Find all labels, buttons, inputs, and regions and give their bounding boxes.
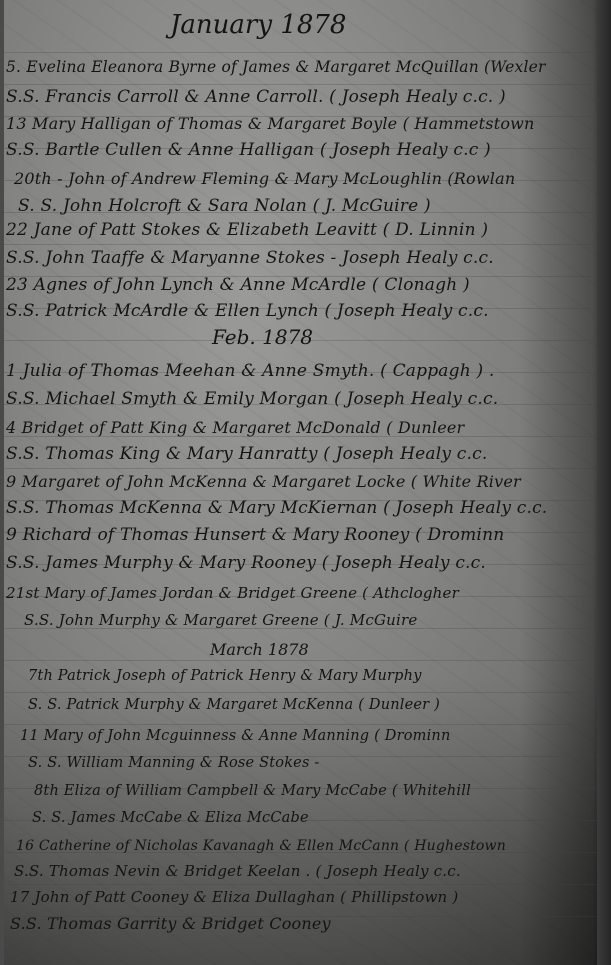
entry-line: S. S. James McCabe & Eliza McCabe — [32, 810, 309, 826]
ruled-line — [0, 724, 597, 725]
entry-line: S.S. John Taaffe & Maryanne Stokes - Jos… — [6, 248, 494, 268]
ruled-line — [0, 52, 597, 53]
entry-line: S.S. Thomas King & Mary Hanratty ( Josep… — [6, 444, 487, 464]
ruled-line — [0, 692, 597, 693]
entry-line: 21st Mary of James Jordan & Bridget Gree… — [6, 584, 459, 602]
entry-line: 17 John of Patt Cooney & Eliza Dullaghan… — [10, 888, 458, 906]
section-heading-february: Feb. 1878 — [212, 325, 313, 349]
entry-line: 16 Catherine of Nicholas Kavanagh & Elle… — [16, 838, 506, 854]
entry-line: 9 Margaret of John McKenna & Margaret Lo… — [6, 472, 521, 491]
entry-line: S. S. William Manning & Rose Stokes - — [28, 755, 320, 771]
entry-line: S. S. John Holcroft & Sara Nolan ( J. Mc… — [18, 196, 431, 216]
entry-line: S.S. John Murphy & Margaret Greene ( J. … — [24, 611, 417, 629]
entry-line: 13 Mary Halligan of Thomas & Margaret Bo… — [6, 114, 535, 133]
entry-line: S.S. Michael Smyth & Emily Morgan ( Jose… — [6, 389, 498, 409]
entry-line: 11 Mary of John Mcguinness & Anne Mannin… — [20, 728, 451, 744]
entry-line: S.S. Thomas McKenna & Mary McKiernan ( J… — [6, 498, 547, 518]
entry-line: 7th Patrick Joseph of Patrick Henry & Ma… — [28, 668, 422, 684]
entry-line: 9 Richard of Thomas Hunsert & Mary Roone… — [6, 525, 504, 545]
entry-line: 5. Evelina Eleanora Byrne of James & Mar… — [6, 58, 546, 76]
book-binding-edge — [597, 0, 611, 965]
entry-line: S.S. Thomas Garrity & Bridget Cooney — [10, 914, 331, 933]
entry-line: 22 Jane of Patt Stokes & Elizabeth Leavi… — [6, 220, 488, 240]
entry-line: S.S. Thomas Nevin & Bridget Keelan . ( J… — [14, 862, 461, 880]
entry-line: 4 Bridget of Patt King & Margaret McDona… — [6, 418, 464, 437]
entry-line: 23 Agnes of John Lynch & Anne McArdle ( … — [6, 275, 470, 295]
entry-line: S.S. Patrick McArdle & Ellen Lynch ( Jos… — [6, 301, 489, 321]
section-heading-march: March 1878 — [210, 640, 309, 659]
entry-line: S.S. Bartle Cullen & Anne Halligan ( Jos… — [6, 140, 491, 160]
ruled-line — [0, 84, 597, 85]
register-page: January 1878 5. Evelina Eleanora Byrne o… — [0, 0, 611, 965]
entry-line: 20th - John of Andrew Fleming & Mary McL… — [14, 169, 515, 188]
section-heading-january: January 1878 — [170, 10, 346, 40]
ruled-line — [0, 660, 597, 661]
ruled-line — [0, 244, 597, 245]
entry-line: S.S. James Murphy & Mary Rooney ( Joseph… — [6, 553, 486, 573]
page-left-edge — [0, 0, 4, 965]
ruled-line — [0, 468, 597, 469]
entry-line: 1 Julia of Thomas Meehan & Anne Smyth. (… — [6, 361, 494, 381]
entry-line: S. S. Patrick Murphy & Margaret McKenna … — [28, 697, 440, 713]
entry-line: 8th Eliza of William Campbell & Mary McC… — [34, 783, 471, 799]
entry-line: S.S. Francis Carroll & Anne Carroll. ( J… — [6, 87, 506, 107]
ruled-line — [0, 884, 597, 885]
